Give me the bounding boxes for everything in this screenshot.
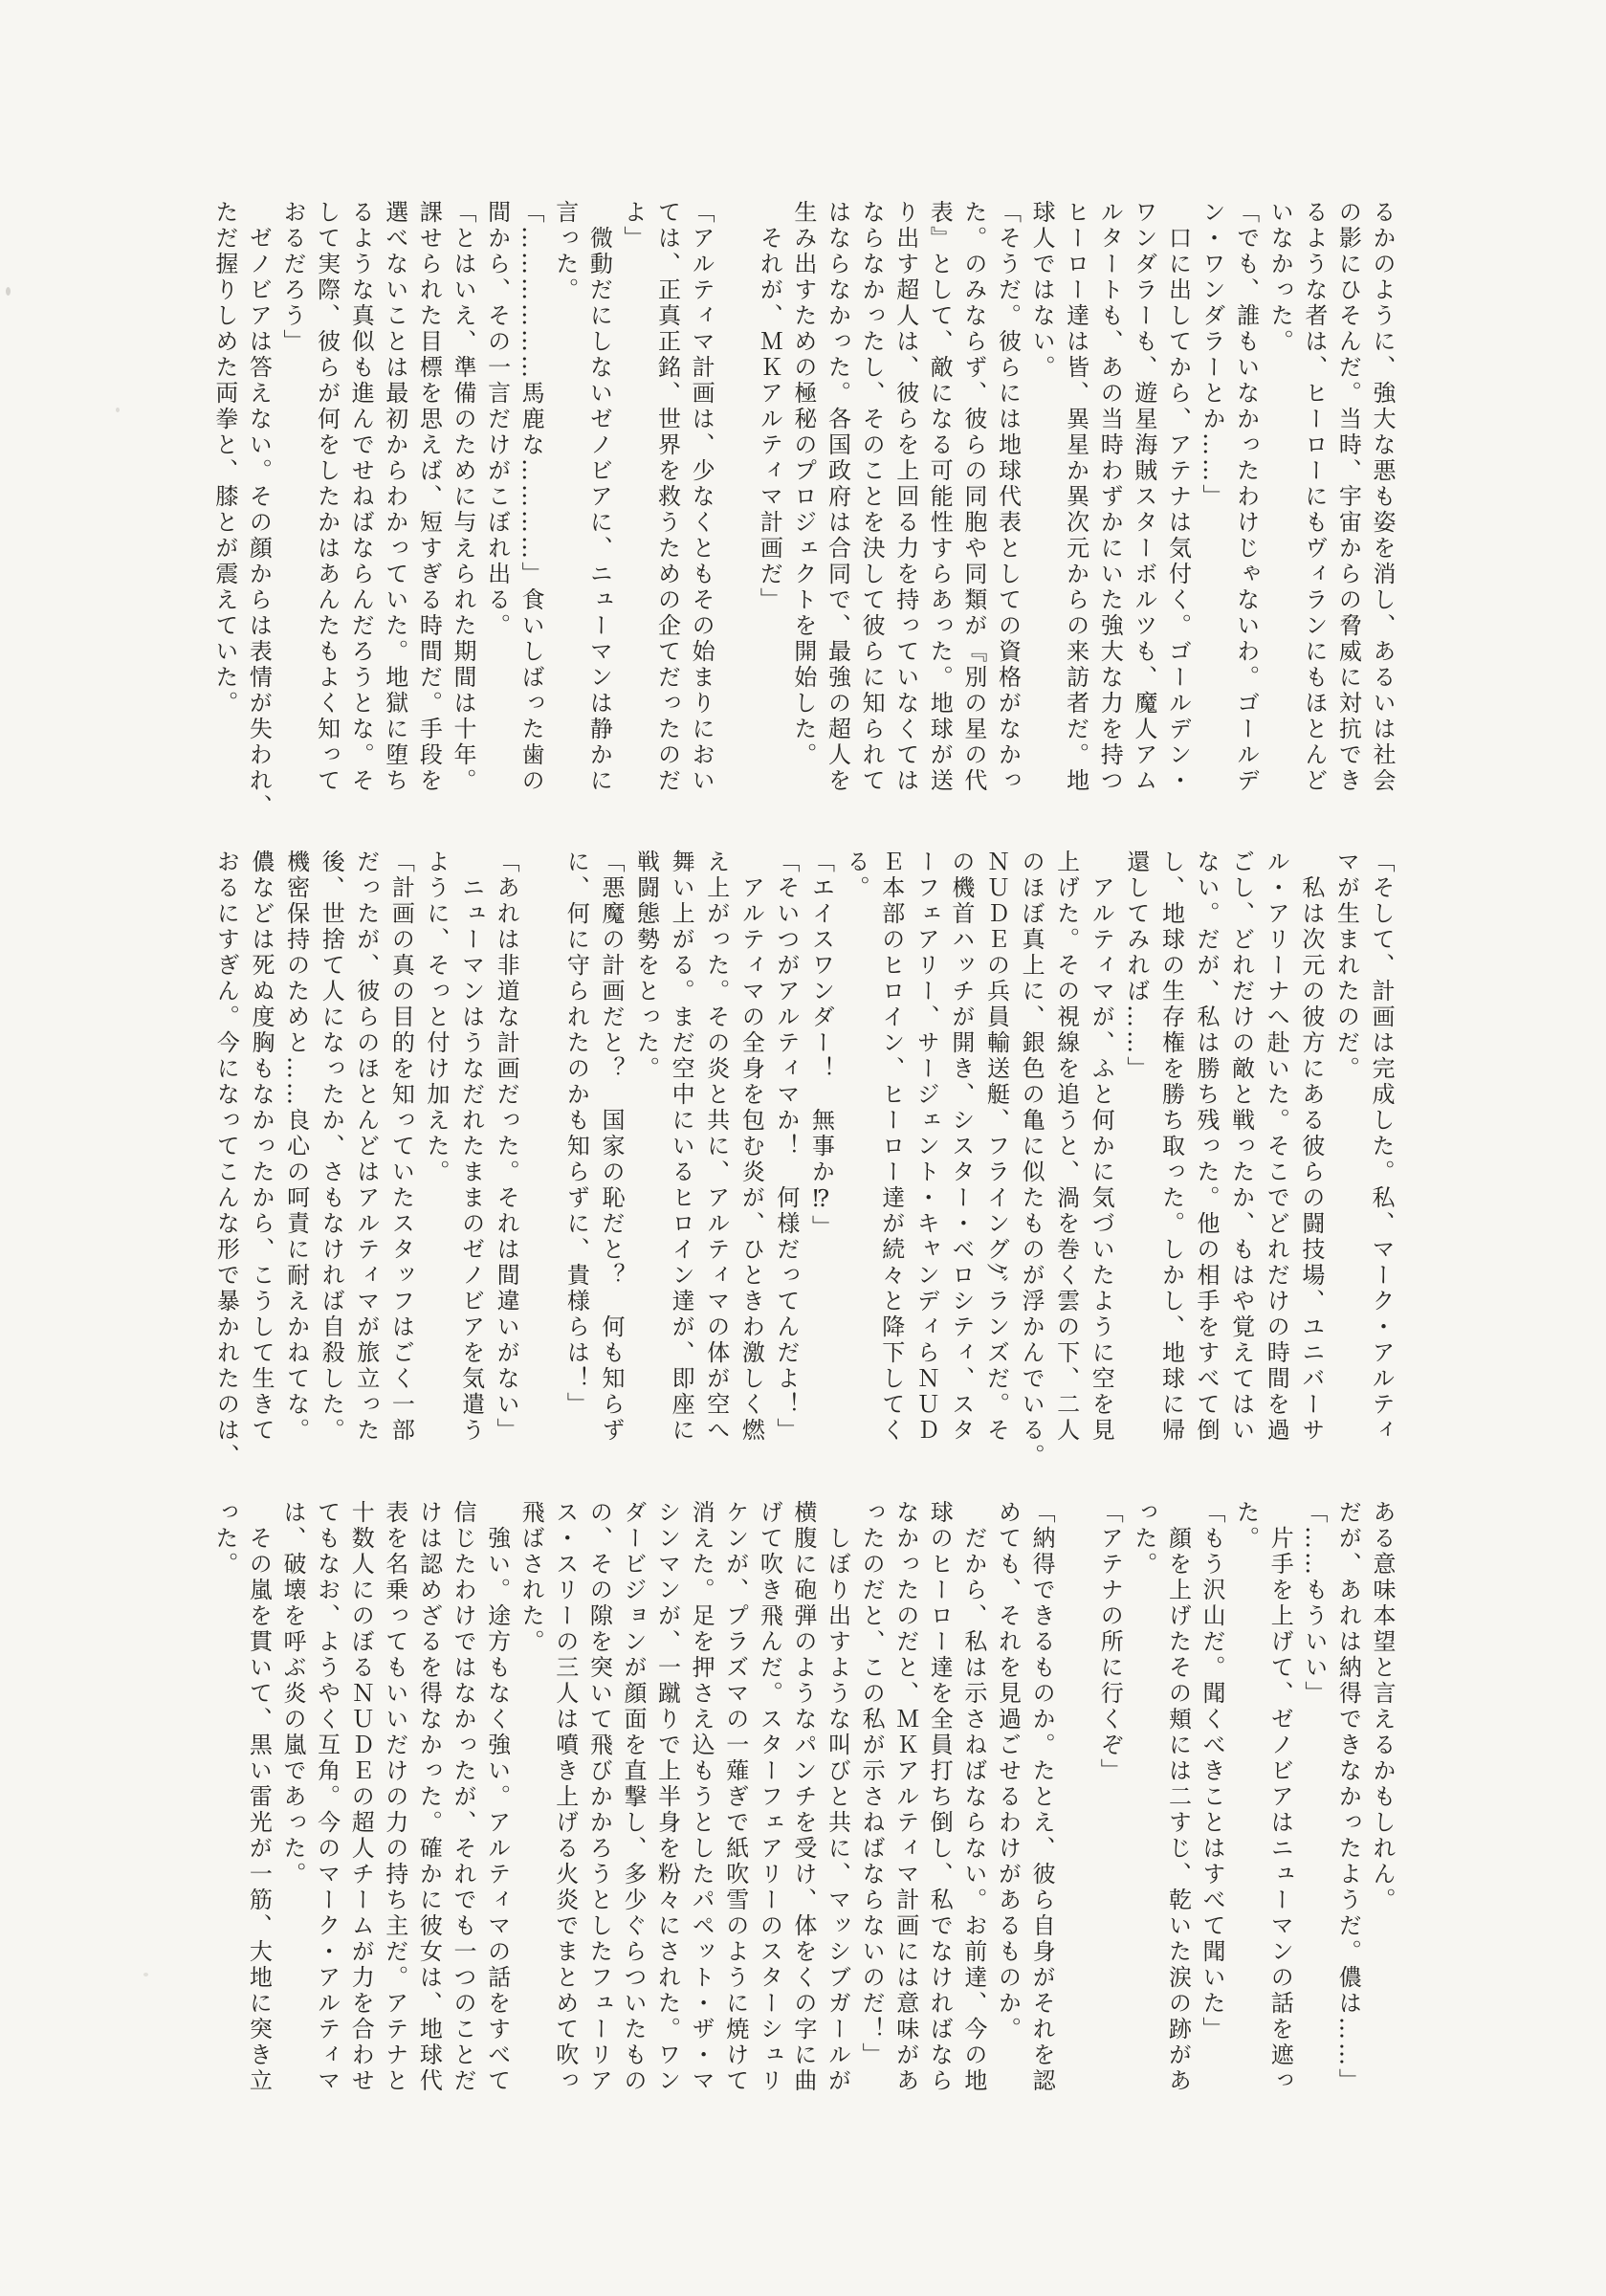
text-column: った。 bbox=[1126, 1500, 1160, 2087]
text-column: ヒーロー達は皆、異星か異次元からの来訪者だ。地 bbox=[1058, 200, 1092, 787]
text-column: おるだろう」 bbox=[275, 200, 309, 787]
text-column: 「そうだ。彼らには地球代表としての資格がなかっ bbox=[990, 200, 1024, 787]
text-column: ルタートも、あの当時わずかにいた強大な力を持つ bbox=[1092, 200, 1127, 787]
text-column: 「アルティマ計画は、少なくともその始まりにおい bbox=[684, 200, 718, 787]
text-column: よ」 bbox=[615, 200, 649, 787]
scan-speck bbox=[116, 408, 120, 412]
text-column: 強い。途方もなく強い。アルティマの話をすべて bbox=[479, 1500, 514, 2087]
text-column: シンマンが、一蹴りで上半身を粉々にされた。ワン bbox=[649, 1500, 684, 2087]
text-column: の影にひそんだ。当時、宇宙からの脅威に対抗でき bbox=[1331, 200, 1365, 787]
text-column: の、その隙を突いて飛びかかろうとしたフューリア bbox=[582, 1500, 616, 2087]
text-column: 表を名乗ってもいいだけの力の持ち主だ。アテナと bbox=[377, 1500, 411, 2087]
text-column: るような真似も進んでせねばならんだろうとな。そ bbox=[343, 200, 378, 787]
text-column: めても、それを見過ごせるわけがあるものか。 bbox=[990, 1500, 1024, 2087]
text-column: のほぼ真上に、銀色の亀に似たものが浮かんでいる。 bbox=[1013, 850, 1048, 1437]
text-column: 「そして、計画は完成した。私、マーク・アルティ bbox=[1363, 850, 1398, 1437]
text-band-middle: 「そして、計画は完成した。私、マーク・アルティマが生まれたのだ。 私は次元の彼方… bbox=[209, 850, 1398, 1437]
text-column bbox=[717, 200, 752, 787]
text-column: 「アテナの所に行くぞ」 bbox=[1092, 1500, 1127, 2087]
text-column: 顔を上げたその頬には二すじ、乾いた涙の跡があ bbox=[1160, 1500, 1195, 2087]
text-column: ない。だが、私は勝ち残った。他の相手をすべて倒 bbox=[1188, 850, 1223, 1437]
text-column: はならなかった。各国政府は合同で、最強の超人を bbox=[820, 200, 854, 787]
text-column: 還してみれば……」 bbox=[1118, 850, 1154, 1437]
text-column: それが、ＭＫアルティマ計画だ」 bbox=[752, 200, 786, 787]
text-column: 「エイスワンダー！ 無事か⁉」 bbox=[803, 850, 839, 1437]
text-column: おるにすぎん。今になってこんな形で暴かれたのは、 bbox=[209, 850, 244, 1437]
text-column: アルティマが、ふと何かに気づいたように空を見 bbox=[1084, 850, 1119, 1437]
text-column: 間から、その一言だけがこぼれ出る。 bbox=[479, 200, 514, 787]
text-column: ゼノビアは答えない。その顔からは表情が失われ、 bbox=[241, 200, 275, 787]
text-column: し、地球の生存権を勝ち取った。しかし、地球に帰 bbox=[1154, 850, 1189, 1437]
text-column: 口に出してから、アテナは気付く。ゴールデン・ bbox=[1160, 200, 1195, 787]
text-column: った。 bbox=[207, 1500, 241, 2087]
text-column: ル・アリーナへ赴いた。そこでどれだけの時間を過 bbox=[1259, 850, 1294, 1437]
text-column: ある意味本望と言えるかもしれん。 bbox=[1364, 1500, 1398, 2087]
text-column: ては、正真正銘、世界を救うための企てだったのだ bbox=[649, 200, 684, 787]
text-column: 上げた。その視線を追うと、渦を巻く雲の下、二人 bbox=[1048, 850, 1084, 1437]
text-column: ったのだと、この私が示さねばならないのだ！」 bbox=[854, 1500, 889, 2087]
text-column: た。 bbox=[1228, 1500, 1263, 2087]
text-column: ダービジョンが顔面を直撃し、多少ぐらついたもの bbox=[615, 1500, 649, 2087]
text-column: 「……もういい」 bbox=[1296, 1500, 1331, 2087]
text-column bbox=[523, 850, 559, 1437]
text-column: マが生まれたのだ。 bbox=[1329, 850, 1364, 1437]
text-column: アルティマの全身を包む炎が、ひときわ激しく燃 bbox=[734, 850, 769, 1437]
text-column bbox=[1058, 1500, 1092, 2087]
text-column: ように、そっと付け加えた。 bbox=[418, 850, 453, 1437]
text-column: 十数人にのぼるＮＵＤＥの超人チームが力を合わせ bbox=[343, 1500, 378, 2087]
text-column: の機首ハッチが開き、シスター・ベロシティ、スタ bbox=[943, 850, 979, 1437]
text-column: え上がった。その炎と共に、アルティマの体が空へ bbox=[698, 850, 734, 1437]
text-column: るような者は、ヒーローにもヴィランにもほとんど bbox=[1296, 200, 1331, 787]
text-column: は、破壊を呼ぶ炎の嵐であった。 bbox=[275, 1500, 309, 2087]
text-column: 課せられた目標を思えば、短すぎる時間だ。手段を bbox=[411, 200, 446, 787]
text-column: 「そいつがアルティマか！ 何様だってんだよ！」 bbox=[768, 850, 803, 1437]
text-column: 「もう沢山だ。聞くべきことはすべて聞いた」 bbox=[1194, 1500, 1228, 2087]
text-column: 信じたわけではなかったが、それでも一つのことだ bbox=[445, 1500, 479, 2087]
text-column: 微動だにしないゼノビアに、ニューマンは静かに bbox=[582, 200, 616, 787]
text-column: 後、世捨て人になったか、さもなければ自殺した。 bbox=[314, 850, 349, 1437]
text-column: ニューマンはうなだれたままのゼノビアを気遣う bbox=[453, 850, 489, 1437]
text-column: 「悪魔の計画だと？ 国家の恥だと？ 何も知らず bbox=[593, 850, 628, 1437]
text-column: ただ握りしめた両拳と、膝とが震えていた。 bbox=[207, 200, 241, 787]
text-column: 消えた。足を押さえ込もうとしたパペット・ザ・マ bbox=[684, 1500, 718, 2087]
text-column: して実際、彼らが何をしたかはあんたもよく知って bbox=[309, 200, 343, 787]
text-column: ーフェアリー、サージェント・キャンディらＮＵＤ bbox=[909, 850, 944, 1437]
text-column: 「あれは非道な計画だった。それは間違いがない」 bbox=[489, 850, 524, 1437]
text-column: Ｅ本部のヒロイン、ヒーロー達が続々と降下してく bbox=[873, 850, 909, 1437]
text-column: 横腹に砲弾のようなパンチを受け、体をくの字に曲 bbox=[785, 1500, 820, 2087]
text-column: 飛ばされた。 bbox=[514, 1500, 548, 2087]
text-column: ス・スリーの三人は噴き上げる火炎でまとめて吹っ bbox=[547, 1500, 582, 2087]
text-column: ごし、どれだけの敵と戦ったか、もはや覚えてはい bbox=[1223, 850, 1259, 1437]
scan-speck bbox=[143, 1973, 148, 1976]
text-column: 選べないことは最初からわかっていた。地獄に堕ち bbox=[377, 200, 411, 787]
text-band-top: るかのように、強大な悪も姿を消し、あるいは社会の影にひそんだ。当時、宇宙からの脅… bbox=[207, 200, 1398, 787]
text-column: 戦闘態勢をとった。 bbox=[628, 850, 664, 1437]
text-column: 「とはいえ、準備のために与えられた期間は十年。 bbox=[445, 200, 479, 787]
text-column: 舞い上がる。まだ空中にいるヒロイン達が、即座に bbox=[664, 850, 699, 1437]
text-column: 「計画の真の目的を知っていたスタッフはごく一部 bbox=[384, 850, 419, 1437]
text-column: 「でも、誰もいなかったわけじゃないわ。ゴールデ bbox=[1228, 200, 1263, 787]
text-column: 球のヒーロー達を全員打ち倒し、私でなければなら bbox=[922, 1500, 957, 2087]
text-column: なかったのだと、ＭＫアルティマ計画には意味があ bbox=[888, 1500, 922, 2087]
text-column: 「………………馬鹿な…………」食いしばった歯の bbox=[514, 200, 548, 787]
text-column: 球人ではない。 bbox=[1023, 200, 1058, 787]
text-band-bottom: ある意味本望と言えるかもしれん。だが、あれは納得できなかったようだ。儂は……」「… bbox=[207, 1500, 1398, 2087]
text-column: ワンダラーも、遊星海賊スターボルツも、魔人アム bbox=[1126, 200, 1160, 787]
text-column: るかのように、強大な悪も姿を消し、あるいは社会 bbox=[1364, 200, 1398, 787]
text-column: 表』として、敵になる可能性すらあった。地球が送 bbox=[922, 200, 957, 787]
text-column: てもなお、ようやく互角。今のマーク・アルティマ bbox=[309, 1500, 343, 2087]
text-column: ン・ワンダラーとか……」 bbox=[1194, 200, 1228, 787]
text-column: 片手を上げて、ゼノビアはニューマンの話を遮っ bbox=[1263, 1500, 1297, 2087]
text-column: いなかった。 bbox=[1263, 200, 1297, 787]
text-column: り出す超人は、彼らを上回る力を持っていなくては bbox=[888, 200, 922, 787]
novel-page: るかのように、強大な悪も姿を消し、あるいは社会の影にひそんだ。当時、宇宙からの脅… bbox=[0, 0, 1606, 2296]
scan-speck bbox=[6, 287, 11, 296]
text-column: だから、私は示さねばならない。お前達、今の地 bbox=[956, 1500, 990, 2087]
text-column: 「納得できるものか。たとえ、彼ら自身がそれを認 bbox=[1023, 1500, 1058, 2087]
text-column: しぼり出すような叫びと共に、マッシブガールが bbox=[820, 1500, 854, 2087]
text-column: ケンが、プラズマの一薙ぎで紙吹雪のように焼けて bbox=[717, 1500, 752, 2087]
text-column: 儂などは死ぬ度胸もなかったから、こうして生きて bbox=[243, 850, 278, 1437]
text-column: 機密保持のためと……良心の呵責に耐えかねてな。 bbox=[278, 850, 314, 1437]
text-column: だったが、彼らのほとんどはアルティマが旅立った bbox=[348, 850, 384, 1437]
text-column: ＮＵＤＥの兵員輸送艇、フライングｸﾞランズだ。そ bbox=[979, 850, 1014, 1437]
text-column: た。のみならず、彼らの同胞や同類が『別の星の代 bbox=[956, 200, 990, 787]
text-column: ならなかったし、そのことを決して彼らに知られて bbox=[854, 200, 889, 787]
text-column: に、何に守られたのかも知らずに、貴様らは！」 bbox=[559, 850, 594, 1437]
text-column: 私は次元の彼方にある彼らの闘技場、ユニバーサ bbox=[1293, 850, 1329, 1437]
text-column: だが、あれは納得できなかったようだ。儂は……」 bbox=[1331, 1500, 1365, 2087]
text-column: 言った。 bbox=[547, 200, 582, 787]
text-column: げて吹き飛んだ。スターフェアリーのスターシュリ bbox=[752, 1500, 786, 2087]
text-column: けは認めざるを得なかった。確かに彼女は、地球代 bbox=[411, 1500, 446, 2087]
text-column: 生み出すための極秘のプロジェクトを開始した。 bbox=[785, 200, 820, 787]
text-column: その嵐を貫いて、黒い雷光が一筋、大地に突き立 bbox=[241, 1500, 275, 2087]
text-column: る。 bbox=[839, 850, 874, 1437]
